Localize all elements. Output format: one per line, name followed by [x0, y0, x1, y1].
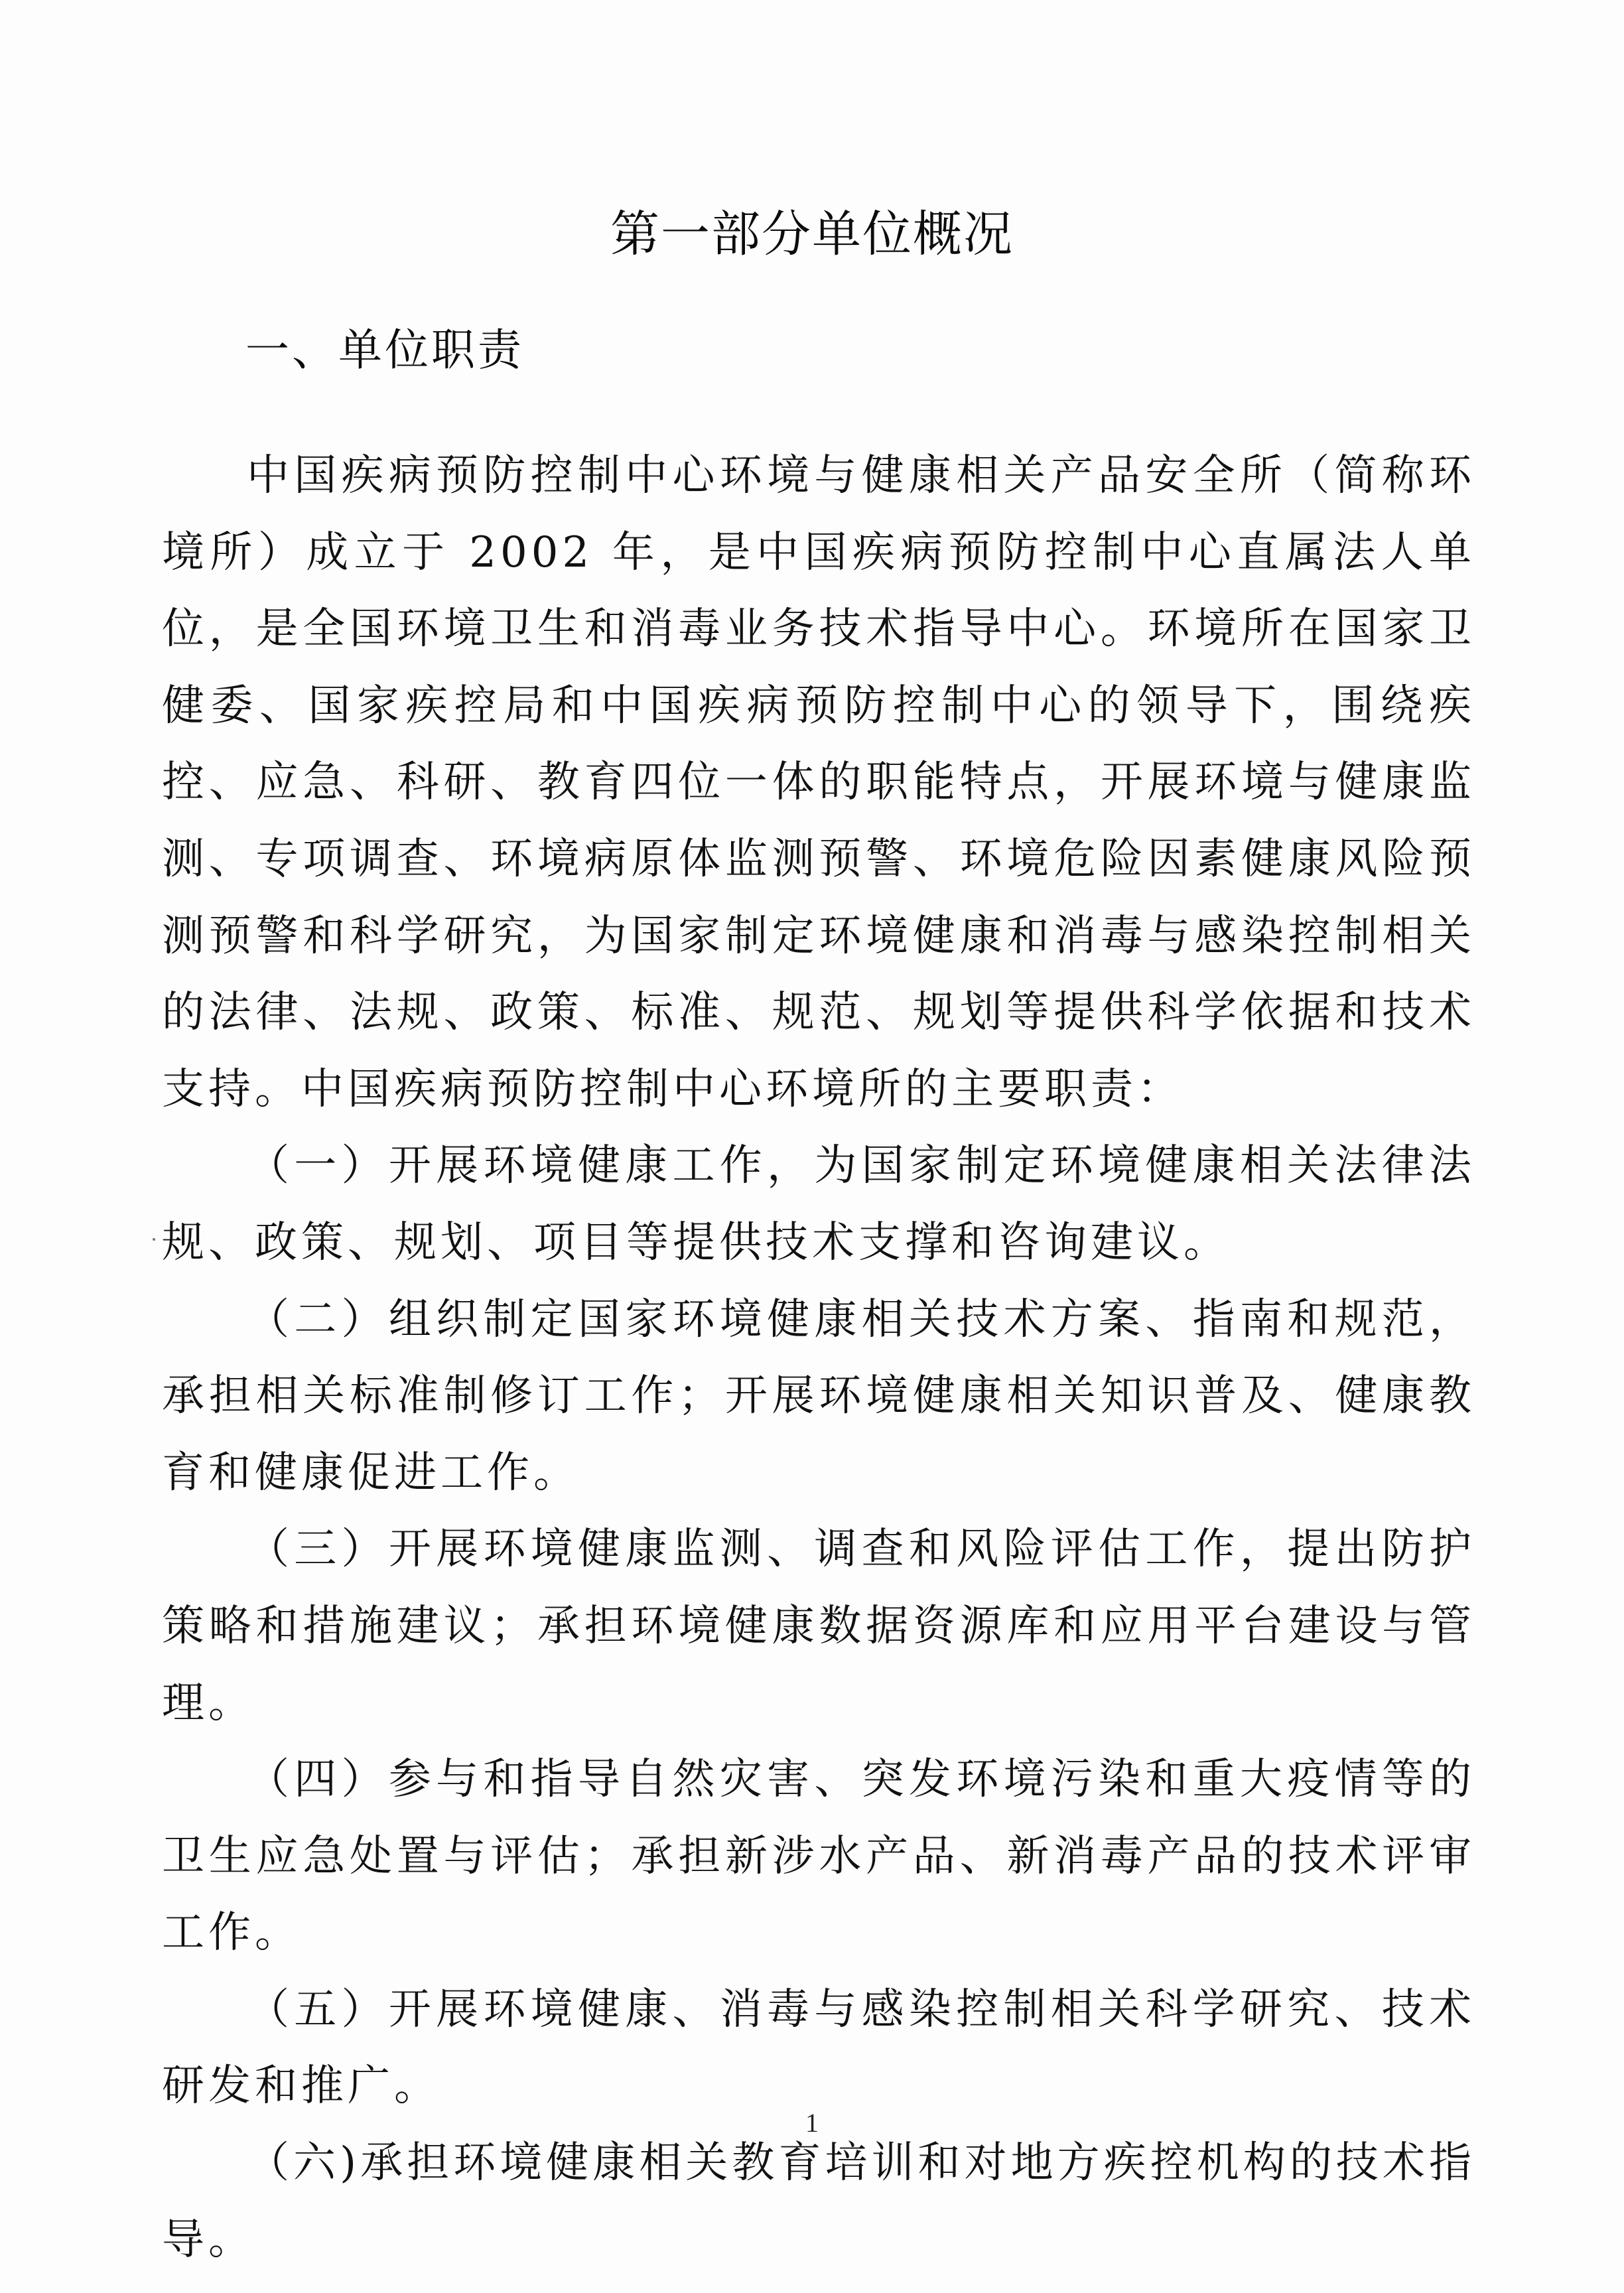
section-heading: 一、单位职责: [245, 317, 524, 383]
duty-item-3: （三）开展环境健康监测、调查和风险评估工作，提出防护策略和措施建议；承担环境健康…: [162, 1511, 1475, 1742]
page-title: 第一部分单位概况: [0, 198, 1624, 271]
scan-artifact-dot: [153, 1238, 155, 1241]
duty-item-2: （二）组织制定国家环境健康相关技术方案、指南和规范，承担相关标准制修订工作；开展…: [162, 1282, 1475, 1512]
duty-item-6: （六)承担环境健康相关教育培训和对地方疾控机构的技术指导。: [162, 2125, 1475, 2278]
duty-item-5: （五）开展环境健康、消毒与感染控制相关科学研究、技术研发和推广。: [162, 1972, 1475, 2125]
intro-paragraph: 中国疾病预防控制中心环境与健康相关产品安全所（简称环境所）成立于 2002 年，…: [162, 438, 1475, 1128]
document-page: 第一部分单位概况 一、单位职责 中国疾病预防控制中心环境与健康相关产品安全所（简…: [0, 0, 1624, 2293]
page-number: 1: [0, 2107, 1624, 2140]
duty-item-1: （一）开展环境健康工作，为国家制定环境健康相关法律法规、政策、规划、项目等提供技…: [162, 1128, 1475, 1281]
body-text: 中国疾病预防控制中心环境与健康相关产品安全所（简称环境所）成立于 2002 年，…: [162, 438, 1475, 2278]
duty-item-4: （四）参与和指导自然灾害、突发环境污染和重大疫情等的卫生应急处置与评估；承担新涉…: [162, 1742, 1475, 1972]
